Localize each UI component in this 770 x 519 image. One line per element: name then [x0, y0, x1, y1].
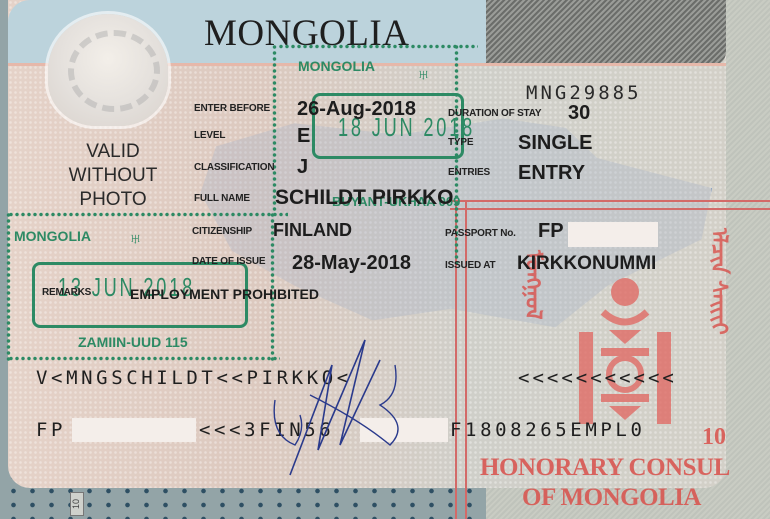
passport-no-label: PASSPORT No.	[445, 228, 516, 239]
photo-notice: VALIDWITHOUTPHOTO	[58, 140, 168, 212]
mrz-line2-part3: F1808265EMPL0	[450, 419, 646, 441]
level-label: LEVEL	[194, 130, 225, 141]
entries-value: ENTRY	[518, 162, 585, 185]
issued-at-value: KIRKKONUMMI	[517, 253, 656, 275]
mongolian-script-right: ᠡᠯᠴᠢᠨ ᠰᠠᠢᠢᠢ	[700, 228, 738, 428]
date-of-issue-label: DATE OF ISSUE	[192, 256, 265, 267]
redacted-passport-number	[568, 222, 658, 247]
soyombo-small-icon: ♅	[416, 64, 431, 87]
duration-value: 30	[568, 102, 590, 125]
consul-stamp-line1: HONORARY CONSUL	[480, 454, 730, 482]
type-label: TYPE	[448, 137, 473, 148]
issued-at-label: ISSUED AT	[445, 260, 495, 271]
citizenship-label: CITIZENSHIP	[192, 226, 252, 237]
classification-value: J	[297, 156, 308, 179]
consul-number: 10	[702, 424, 726, 451]
full-name-label: FULL NAME	[194, 193, 250, 204]
stamp-country: MONGOLIA	[298, 58, 375, 74]
duration-label: DURATION OF STAY	[448, 108, 541, 119]
level-value: E	[297, 125, 310, 148]
remarks-value: EMPLOYMENT PROHIBITED	[130, 286, 319, 302]
citizenship-value: FINLAND	[273, 220, 352, 241]
stamp-country: MONGOLIA	[14, 228, 91, 244]
soyombo-emblem-icon	[575, 270, 675, 430]
signature-icon	[270, 335, 420, 485]
redacted-mrz-segment	[72, 418, 196, 442]
stamp-perforation	[8, 356, 280, 361]
enter-before-value: 26-Aug-2018	[297, 98, 416, 121]
classification-label: CLASSIFICATION	[194, 162, 274, 173]
mrz-line2-part1: FP	[36, 419, 66, 441]
entries-label: ENTRIES	[448, 167, 490, 178]
type-value: SINGLE	[518, 132, 592, 155]
stamp-perforation	[6, 212, 11, 362]
stamp-perforation	[278, 44, 478, 49]
stamp-port: ZAMIIN-UUD 115	[78, 334, 188, 350]
mrz-line1-right: <<<<<<<<<<<	[518, 367, 677, 389]
full-name-value: SCHILDT PIRKKO	[275, 186, 454, 210]
visa-number: MNG29885	[526, 82, 642, 104]
soyombo-small-icon: ♅	[128, 228, 143, 251]
stamp-perforation	[8, 212, 288, 217]
passport-no-value: FP	[538, 220, 564, 243]
visa-security-strip	[486, 0, 726, 66]
red-security-line-horizontal	[450, 200, 770, 210]
date-of-issue-value: 28-May-2018	[292, 252, 411, 275]
consul-stamp-line2: OF MONGOLIA	[522, 484, 701, 512]
page-number: 10	[70, 492, 84, 516]
hologram-ring	[68, 30, 160, 112]
remarks-label: REMARKS	[42, 287, 91, 298]
enter-before-label: ENTER BEFORE	[194, 103, 270, 114]
